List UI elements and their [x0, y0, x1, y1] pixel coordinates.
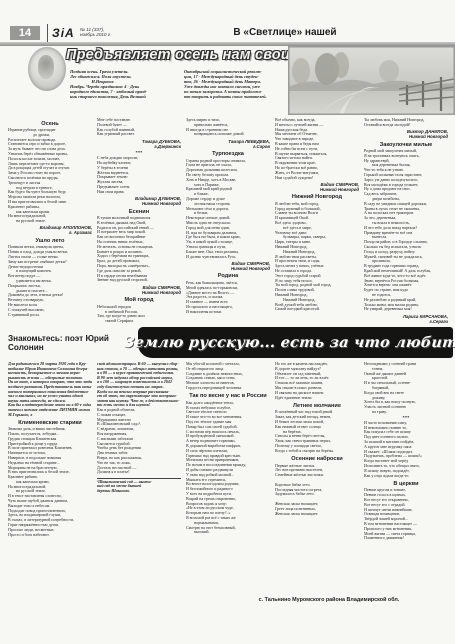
intro-left: Поздняя осень. Грачи улетели.Лес обнажил…: [70, 69, 176, 100]
author-byline: Виктор ДАНИЛОВ,Нижний Новгород: [364, 129, 448, 139]
text-line: Нижний Новгород: [186, 266, 270, 271]
poem-text: В потаённый час над тихой рекойЗакат, ка…: [275, 410, 359, 453]
text-line: Осенние наброски: [275, 456, 359, 462]
poem-text: Небольшой городок в любимой России,Там, …: [97, 305, 181, 324]
top-column-5: Ты любовь моя, Нижний Новгород,Оставайся…: [364, 118, 448, 328]
footnote: ¹Шакалиновский сад — нынеш-ний сад на ме…: [97, 478, 181, 494]
author-byline: Тамара ЛЕБЕДЕВА,г.Саров: [186, 139, 270, 149]
poem-text: Страны родной просторы снимала,Глаза не …: [186, 159, 270, 260]
newspaper-page: 14 ЗiА № 11 (337), ноябрь 2010 г. В «Све…: [0, 0, 455, 644]
poem-text: И часто вспоминаю папу,И невозможно помн…: [364, 421, 448, 479]
text-line: Нам судьбой суждено!: [275, 176, 359, 181]
text-line: Нижний Новгород: [275, 194, 359, 200]
vignette-ornament: [28, 47, 66, 91]
text-line: высокий.: [186, 530, 270, 535]
text-line: Должна я в платье!: [97, 470, 181, 475]
poem-text: Мне себе поставлюПолевой букет —Как голу…: [97, 118, 181, 137]
poem-text: Знакома даль, и вышь чистейшая,Плыть, по…: [8, 427, 92, 537]
poem-heading: Родина: [186, 273, 270, 279]
intro-paragraph: Поздняя осень. Грачи улетели.Лес обнажил…: [70, 69, 290, 100]
text-line: Летнее молчание: [275, 403, 359, 409]
poem-heading: Осень: [8, 121, 92, 127]
poem-text: Ты любовь моя, Нижний Новгород,Оставайся…: [364, 118, 448, 128]
poem-heading: Нижний Новгород: [275, 194, 359, 200]
poem-heading: В церкви: [364, 481, 448, 487]
newspaper-logo: ЗiА: [52, 26, 75, 40]
page-number: 14: [10, 26, 40, 40]
poem-text: Как в родной обители,С пожав отыщат,Мурл…: [97, 408, 181, 475]
poem-text: Как долго ожидённое тепло,В глазах небуш…: [186, 401, 270, 535]
poem-text: Неоглядными у осенней грани тонем,Окной …: [364, 362, 448, 415]
text-line: Как у отца ждала когда-то.: [364, 474, 448, 479]
text-line: Не умирай, деревенька моя!: [364, 307, 448, 312]
poem-text: Всё обычно, как всегда,И мечты о лучшей …: [275, 118, 359, 180]
text-line: Когда с тобой я смотрю на берёзы.: [275, 449, 359, 454]
poem-text: Речь, как бывальщина, льётся,Мной одеяла…: [186, 281, 270, 315]
text-line: на русской земле.: [8, 219, 92, 224]
article-banner: Землю русскую... есть за что любить: [138, 327, 453, 358]
poem-heading: Закоулочки милые: [364, 142, 448, 148]
author-byline: Вадим СМИРНОВ,Нижний Новгород: [186, 261, 270, 271]
text-line: г.Дзержинск: [97, 144, 181, 149]
poem-heading: Осенние наброски: [275, 456, 359, 462]
text-line: г. Арзамас: [8, 230, 92, 235]
bio-paragraph: ской администрации. В 60 — выпускал сбор…: [97, 362, 181, 408]
issue-month: ноябрь 2010 г.: [80, 32, 111, 37]
poem-text: В туман молочный поднималсяВ зелёных дым…: [97, 216, 181, 283]
author-byline: Вадим СМИРНОВ,Нижний Новгород: [97, 285, 181, 295]
poem-text: С неба дождик моросит,На шубейку клонит,…: [97, 156, 181, 194]
text-line: М.Горького, в: [8, 413, 92, 418]
text-line: Нижний Новгород: [97, 290, 181, 295]
main-article-title: Предъявляет осень нам свои права: [66, 47, 292, 67]
page-header: 14 ЗiА № 11 (337), ноябрь 2010 г. В «Све…: [0, 26, 455, 44]
text-line: Нижний Новгород: [275, 187, 359, 192]
poem-heading: Летнее молчание: [275, 403, 359, 409]
top-column-2: Мне себе поставлюПолевой букет —Как голу…: [97, 118, 181, 328]
text-line: г.Сергач: [364, 319, 448, 324]
text-line: С травинкой росы.: [8, 313, 92, 318]
author-byline: Тамара ДУБКОВА,г.Дзержинск: [97, 139, 181, 149]
text-line: Самой поездкой красотой.: [275, 307, 359, 312]
poem-text: Изранив рубище, проглядит до дрожи,Распл…: [8, 128, 92, 224]
text-line: Женская ласка насыщает.: [275, 512, 359, 517]
poem-text: Мы убогой косматой с металло,От ей откры…: [186, 362, 270, 391]
text-line: Нижний Новгород: [97, 201, 181, 206]
bottom-column-3: Мы убогой косматой с металло,От ей откры…: [186, 362, 270, 600]
text-line: деревни Шакалово.: [97, 489, 181, 494]
meet-poet-header: Знакомьтесь: поэт Юрий Солонин: [8, 334, 138, 352]
text-line: Гордость передовищей человека.: [186, 386, 270, 391]
text-line: ник старшего поколения, День Великой: [70, 94, 176, 99]
text-line: Осень: [8, 121, 92, 127]
text-line: И далеко чувствовалась Русь.: [186, 255, 270, 260]
text-line: Родина: [186, 273, 270, 279]
poem-text: Здесь мирно и тихо, привольно живётся,И …: [186, 118, 270, 137]
text-line: Закоулочки милые: [364, 142, 448, 148]
bio-paragraph: Для родившегося 28 марта 1920 года в Кру…: [8, 362, 92, 417]
text-line: Ушло лето: [8, 238, 92, 244]
text-line: возвращаюсь попозже домой.: [186, 132, 270, 137]
poem-text: Поникли ветки, сникнули цветы,Поник и пл…: [8, 245, 92, 317]
author-byline: Владимир ДУБИНОВ,Нижний Новгород: [97, 196, 181, 206]
poem-text: Певчие кругом и тонкие,Певчие голоса в щ…: [364, 488, 448, 541]
text-line: ют творить и радовать своих читателей.: [184, 94, 290, 99]
poem-text: Но его же в камень наслаждён,В дороге му…: [275, 362, 359, 400]
text-line: Мой город: [97, 297, 181, 303]
author-byline: Лариса КИРСАНОВА,г.Сергач: [364, 314, 448, 324]
landscape-photo: [288, 46, 455, 115]
text-line: И накоплены истоки.: [186, 310, 270, 315]
bottom-column-1: Для родившегося 28 марта 1920 года в Кру…: [8, 362, 92, 600]
poem-heading: Клименевские старики: [8, 420, 92, 426]
text-line: Звенит над русской стороной.: [97, 278, 181, 283]
top-column-3: Здесь мирно и тихо, привольно живётся,И …: [186, 118, 270, 328]
poem-text: Я люблю тебя, мой город,Город шумный и б…: [275, 202, 359, 312]
top-column-1: ОсеньИзранив рубище, проглядит до дрожи,…: [8, 118, 92, 328]
text-line: Нам свои права.: [97, 190, 181, 195]
poem-heading: Так по весне у нас в России: [186, 393, 270, 399]
poem-heading: Турпоездка: [186, 151, 270, 157]
text-line: Клименевские старики: [8, 420, 92, 426]
text-line: святой Серафим.: [97, 319, 181, 324]
text-line: г.Саров: [186, 144, 270, 149]
author-byline: Вадим СМИРНОВ,Нижний Новгород: [275, 182, 359, 192]
issue-date: № 11 (337), ноябрь 2010 г.: [80, 27, 111, 38]
article-banner-title: Землю русскую... есть за что любить: [123, 334, 455, 351]
text-line: Есенин: [97, 209, 181, 215]
text-line: Турпоездка: [186, 151, 270, 157]
poem-text: Первые жёлтые листья.Лес вон противно вы…: [275, 464, 359, 517]
text-line: Так по весне у нас в России: [186, 393, 270, 399]
header-divider: [47, 24, 48, 42]
village-address: с. Тальнино Муромского района Владимирск…: [205, 597, 453, 603]
text-line: Идёт единение земли.: [275, 396, 359, 401]
text-line: Пламенного движения!: [364, 536, 448, 541]
top-column-4: Всё обычно, как всегда,И мечты о лучшей …: [275, 118, 359, 328]
text-line: Просто и бога набегают.: [8, 533, 92, 538]
intro-right: Октябрьской социалистической револю-ции,…: [184, 69, 290, 100]
poem-text: Родной мой закоулочек милый,Я на тропинк…: [364, 149, 448, 312]
text-line: В церкви: [364, 481, 448, 487]
text-line: Нижний Новгород: [364, 134, 448, 139]
poem-heading: Ушло лето: [8, 238, 92, 244]
poem-heading: Мой город: [97, 297, 181, 303]
text-line: Как угрюмый рассвет.: [97, 132, 181, 137]
bottom-column-5: Неоглядными у осенней грани тонем,Окной …: [364, 362, 448, 600]
text-line: Оставайся всегда молодой!: [364, 123, 448, 128]
section-title: В «Светлице» нашей: [205, 27, 365, 38]
author-byline: Владимир АПОЛЛОНОВ,г. Арзамас: [8, 225, 92, 235]
bottom-column-2: ской администрации. В 60 — выпускал сбор…: [97, 362, 181, 600]
poem-heading: Есенин: [97, 209, 181, 215]
bottom-column-4: Но его же в камень наслаждён,В дороге му…: [275, 362, 359, 600]
